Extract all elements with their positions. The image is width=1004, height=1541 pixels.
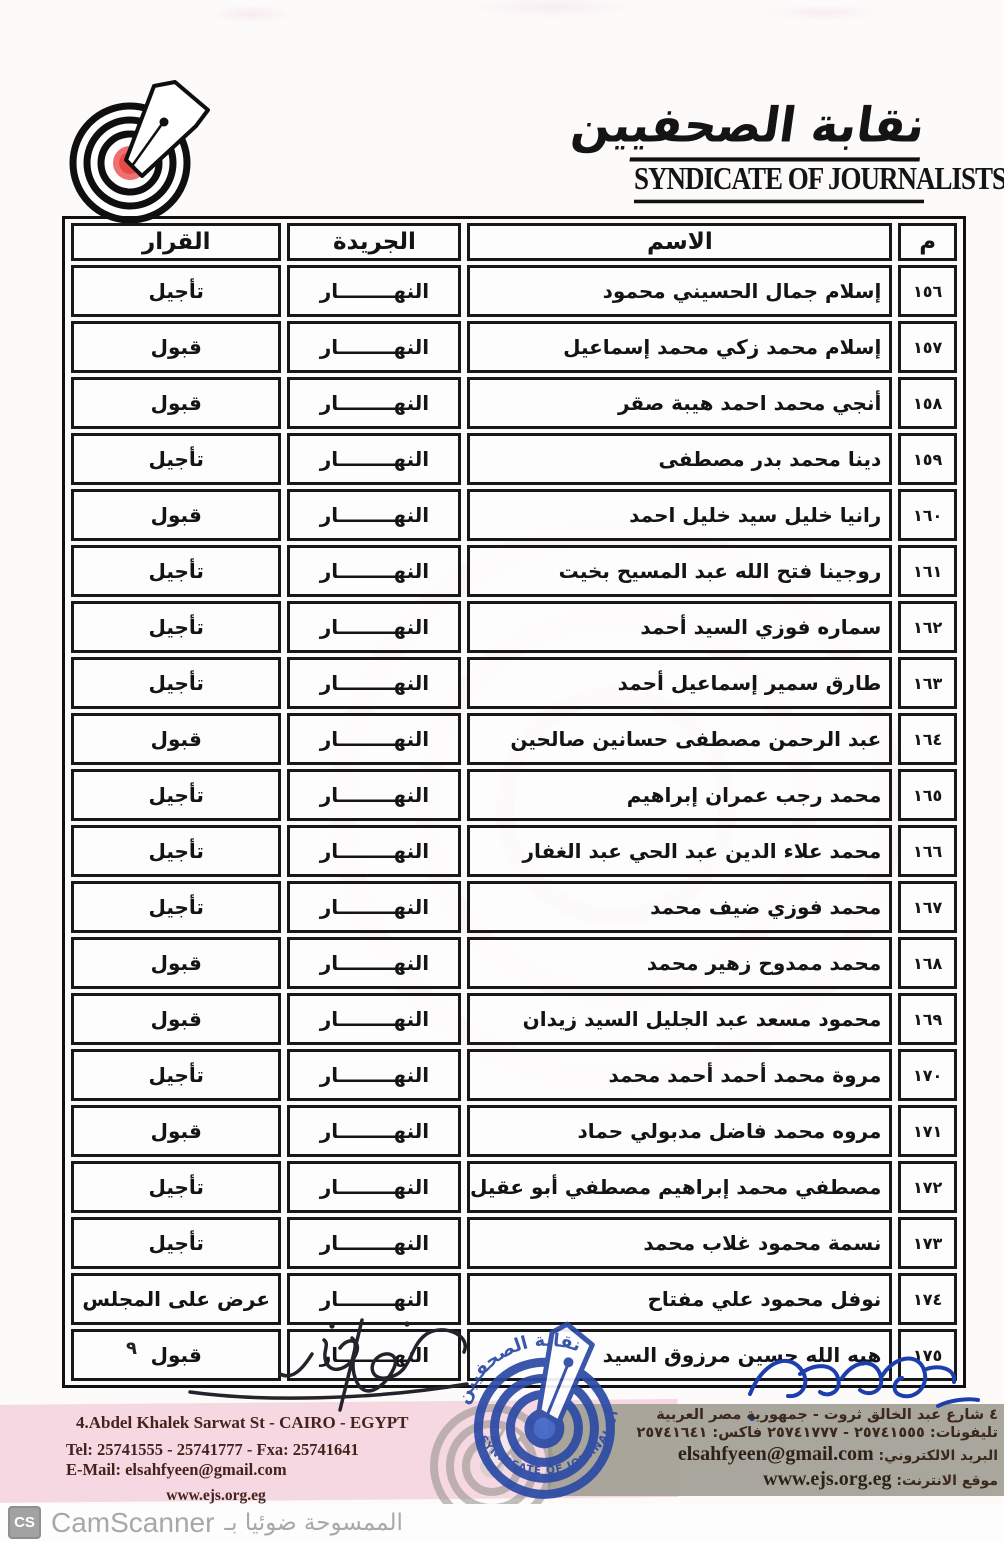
row-decision-cell: تأجيل	[71, 433, 281, 485]
row-name-cell: عبد الرحمن مصطفى حسانين صالحين	[467, 713, 892, 765]
table-row: ١٧١ مروه محمد فاضل مدبولي حماد النهـــــ…	[71, 1105, 957, 1157]
camscanner-watermark-bar: CS CamScanner الممسوحة ضوئيا بـ	[0, 1504, 1004, 1541]
row-number-cell: ١٦٩	[898, 993, 957, 1045]
table-row: ١٦٤ عبد الرحمن مصطفى حسانين صالحين النهـ…	[71, 713, 957, 765]
row-number-cell: ١٦٧	[898, 881, 957, 933]
row-number-cell: ١٦٠	[898, 489, 957, 541]
footer-email-ar-value: elsahfyeen@gmail.com	[678, 1443, 874, 1465]
arabic-title: نقابة الصحفيين	[629, 96, 928, 161]
footer-website-ar-value: www.ejs.org.eg	[763, 1468, 891, 1490]
row-name-cell: محمد علاء الدين عبد الحي عبد الغفار	[467, 825, 892, 877]
column-header-decision: القرار	[71, 223, 281, 261]
english-title: SYNDICATE OF JOURNALISTS	[634, 161, 924, 203]
row-number-cell: ١٦٢	[898, 601, 957, 653]
table-row: ١٦٨ محمد ممدوح زهير محمد النهــــــــار …	[71, 937, 957, 989]
row-newspaper-cell: النهــــــــار	[287, 265, 461, 317]
row-name-cell: محمد ممدوح زهير محمد	[467, 937, 892, 989]
row-decision-cell: قبول	[71, 321, 281, 373]
row-name-cell: نوفل محمود علي مفتاح	[467, 1273, 892, 1325]
row-newspaper-cell: النهــــــــار	[287, 321, 461, 373]
syndicate-target-pen-logo-icon	[50, 80, 230, 230]
scan-noise	[0, 0, 1004, 70]
row-name-cell: إسلام محمد زكي محمد إسماعيل	[467, 321, 892, 373]
row-decision-cell: تأجيل	[71, 881, 281, 933]
row-name-cell: سماره فوزي السيد أحمد	[467, 601, 892, 653]
row-newspaper-cell: النهــــــــار	[287, 377, 461, 429]
row-number-cell: ١٧١	[898, 1105, 957, 1157]
row-newspaper-cell: النهــــــــار	[287, 1161, 461, 1213]
row-number-cell: ١٧٢	[898, 1161, 957, 1213]
row-newspaper-cell: النهــــــــار	[287, 769, 461, 821]
row-name-cell: محمد فوزي ضيف محمد	[467, 881, 892, 933]
camscanner-cs-icon: CS	[8, 1506, 41, 1539]
row-decision-cell: تأجيل	[71, 1161, 281, 1213]
footer-english-block: 4.Abdel Khalek Sarwat St - CAIRO - EGYPT…	[66, 1412, 496, 1504]
row-decision-cell: تأجيل	[71, 601, 281, 653]
page-number: ٩	[126, 1338, 137, 1359]
row-decision-cell: تأجيل	[71, 657, 281, 709]
row-newspaper-cell: النهــــــــار	[287, 657, 461, 709]
row-name-cell: محمود مسعد عبد الجليل السيد زيدان	[467, 993, 892, 1045]
table-row: ١٦٢ سماره فوزي السيد أحمد النهــــــــار…	[71, 601, 957, 653]
table-row: ١٥٦ إسلام جمال الحسيني محمود النهـــــــ…	[71, 265, 957, 317]
row-decision-cell: تأجيل	[71, 265, 281, 317]
camscanner-arabic-text: الممسوحة ضوئيا بـ	[224, 1510, 402, 1536]
row-name-cell: مروة محمد أحمد أحمد محمد	[467, 1049, 892, 1101]
members-decision-table: م الاسم الجريدة القرار ١٥٦ إسلام جمال ال…	[65, 219, 963, 1385]
row-number-cell: ١٧٤	[898, 1273, 957, 1325]
table-row: ١٦٠ رانيا خليل سيد خليل احمد النهـــــــ…	[71, 489, 957, 541]
row-name-cell: مصطفي محمد إبراهيم مصطفي أبو عقيل	[467, 1161, 892, 1213]
row-decision-cell: تأجيل	[71, 1217, 281, 1269]
table-row: ١٦٦ محمد علاء الدين عبد الحي عبد الغفار …	[71, 825, 957, 877]
column-header-number: م	[898, 223, 957, 261]
row-number-cell: ١٧٣	[898, 1217, 957, 1269]
row-decision-cell: قبول	[71, 937, 281, 989]
row-name-cell: محمد رجب عمران إبراهيم	[467, 769, 892, 821]
row-number-cell: ١٥٩	[898, 433, 957, 485]
row-number-cell: ١٦٣	[898, 657, 957, 709]
row-newspaper-cell: النهــــــــار	[287, 601, 461, 653]
footer-email-en: E-Mail: elsahfyeen@gmail.com	[66, 1461, 496, 1479]
row-number-cell: ١٥٧	[898, 321, 957, 373]
camscanner-brand-text: CamScanner	[51, 1507, 214, 1539]
row-newspaper-cell: النهــــــــار	[287, 1049, 461, 1101]
syndicate-blue-stamp-icon: نقابة الصحفيين SYNDICATE OF JOURNALISTS	[433, 1305, 659, 1531]
row-newspaper-cell: النهــــــــار	[287, 993, 461, 1045]
row-newspaper-cell: النهــــــــار	[287, 937, 461, 989]
row-number-cell: ١٥٨	[898, 377, 957, 429]
column-header-name: الاسم	[467, 223, 892, 261]
row-number-cell: ١٦٨	[898, 937, 957, 989]
row-decision-cell: تأجيل	[71, 769, 281, 821]
row-newspaper-cell: النهــــــــار	[287, 1217, 461, 1269]
table-header-row: م الاسم الجريدة القرار	[71, 223, 957, 261]
footer-tel-en: Tel: 25741555 - 25741777 - Fxa: 25741641	[66, 1441, 496, 1459]
row-number-cell: ١٦٥	[898, 769, 957, 821]
masthead: نقابة الصحفيين SYNDICATE OF JOURNALISTS	[634, 98, 924, 200]
table-row: ١٦٥ محمد رجب عمران إبراهيم النهــــــــا…	[71, 769, 957, 821]
row-number-cell: ١٧٠	[898, 1049, 957, 1101]
row-name-cell: طارق سمير إسماعيل أحمد	[467, 657, 892, 709]
table-row: ١٧٢ مصطفي محمد إبراهيم مصطفي أبو عقيل ال…	[71, 1161, 957, 1213]
footer-website-en: www.ejs.org.eg	[66, 1487, 366, 1504]
table-row: ١٥٩ دينا محمد بدر مصطفى النهــــــــار ت…	[71, 433, 957, 485]
footer-address-ar: ٤ شارع عبد الخالق ثروت - جمهورية مصر الع…	[588, 1406, 998, 1424]
row-name-cell: إسلام جمال الحسيني محمود	[467, 265, 892, 317]
row-newspaper-cell: النهــــــــار	[287, 713, 461, 765]
row-newspaper-cell: النهــــــــار	[287, 433, 461, 485]
scanned-document-page: { "header": { "arabic_title": "نقابة الص…	[0, 0, 1004, 1541]
row-number-cell: ١٦٦	[898, 825, 957, 877]
row-decision-cell: تأجيل	[71, 825, 281, 877]
row-newspaper-cell: النهــــــــار	[287, 489, 461, 541]
row-name-cell: مروه محمد فاضل مدبولي حماد	[467, 1105, 892, 1157]
row-name-cell: نسمة محمود غلاب محمد	[467, 1217, 892, 1269]
row-number-cell: ١٦١	[898, 545, 957, 597]
row-number-cell: ١٦٤	[898, 713, 957, 765]
row-newspaper-cell: النهــــــــار	[287, 1105, 461, 1157]
table-row: ١٦٧ محمد فوزي ضيف محمد النهــــــــار تأ…	[71, 881, 957, 933]
row-newspaper-cell: النهــــــــار	[287, 881, 461, 933]
row-name-cell: رانيا خليل سيد خليل احمد	[467, 489, 892, 541]
table-row: ١٧٣ نسمة محمود غلاب محمد النهــــــــار …	[71, 1217, 957, 1269]
row-decision-cell: قبول	[71, 489, 281, 541]
row-name-cell: روجينا فتح الله عبد المسيح بخيت	[467, 545, 892, 597]
footer-website-ar-label: موقع الانترنت:	[896, 1473, 998, 1489]
row-name-cell: دينا محمد بدر مصطفى	[467, 433, 892, 485]
column-header-newspaper: الجريدة	[287, 223, 461, 261]
row-decision-cell: قبول	[71, 1105, 281, 1157]
row-decision-cell: قبول	[71, 993, 281, 1045]
row-decision-cell: تأجيل	[71, 1049, 281, 1101]
footer-email-ar-label: البريد الالكتروني:	[879, 1448, 998, 1464]
row-number-cell: ١٥٦	[898, 265, 957, 317]
row-newspaper-cell: النهــــــــار	[287, 545, 461, 597]
table-row: ١٦٩ محمود مسعد عبد الجليل السيد زيدان ال…	[71, 993, 957, 1045]
row-decision-cell: قبول	[71, 377, 281, 429]
row-name-cell: أنجي محمد احمد هيبة صقر	[467, 377, 892, 429]
row-decision-cell: قبول	[71, 713, 281, 765]
footer-address-en: 4.Abdel Khalek Sarwat St - CAIRO - EGYPT	[76, 1414, 496, 1433]
members-table-frame: م الاسم الجريدة القرار ١٥٦ إسلام جمال ال…	[62, 216, 966, 1388]
row-newspaper-cell: النهــــــــار	[287, 825, 461, 877]
table-row: ١٦٣ طارق سمير إسماعيل أحمد النهــــــــا…	[71, 657, 957, 709]
row-decision-cell: تأجيل	[71, 545, 281, 597]
table-row: ١٧٠ مروة محمد أحمد أحمد محمد النهـــــــ…	[71, 1049, 957, 1101]
table-row: ١٥٨ أنجي محمد احمد هيبة صقر النهــــــــ…	[71, 377, 957, 429]
table-row: ١٥٧ إسلام محمد زكي محمد إسماعيل النهــــ…	[71, 321, 957, 373]
table-row: ١٦١ روجينا فتح الله عبد المسيح بخيت النه…	[71, 545, 957, 597]
